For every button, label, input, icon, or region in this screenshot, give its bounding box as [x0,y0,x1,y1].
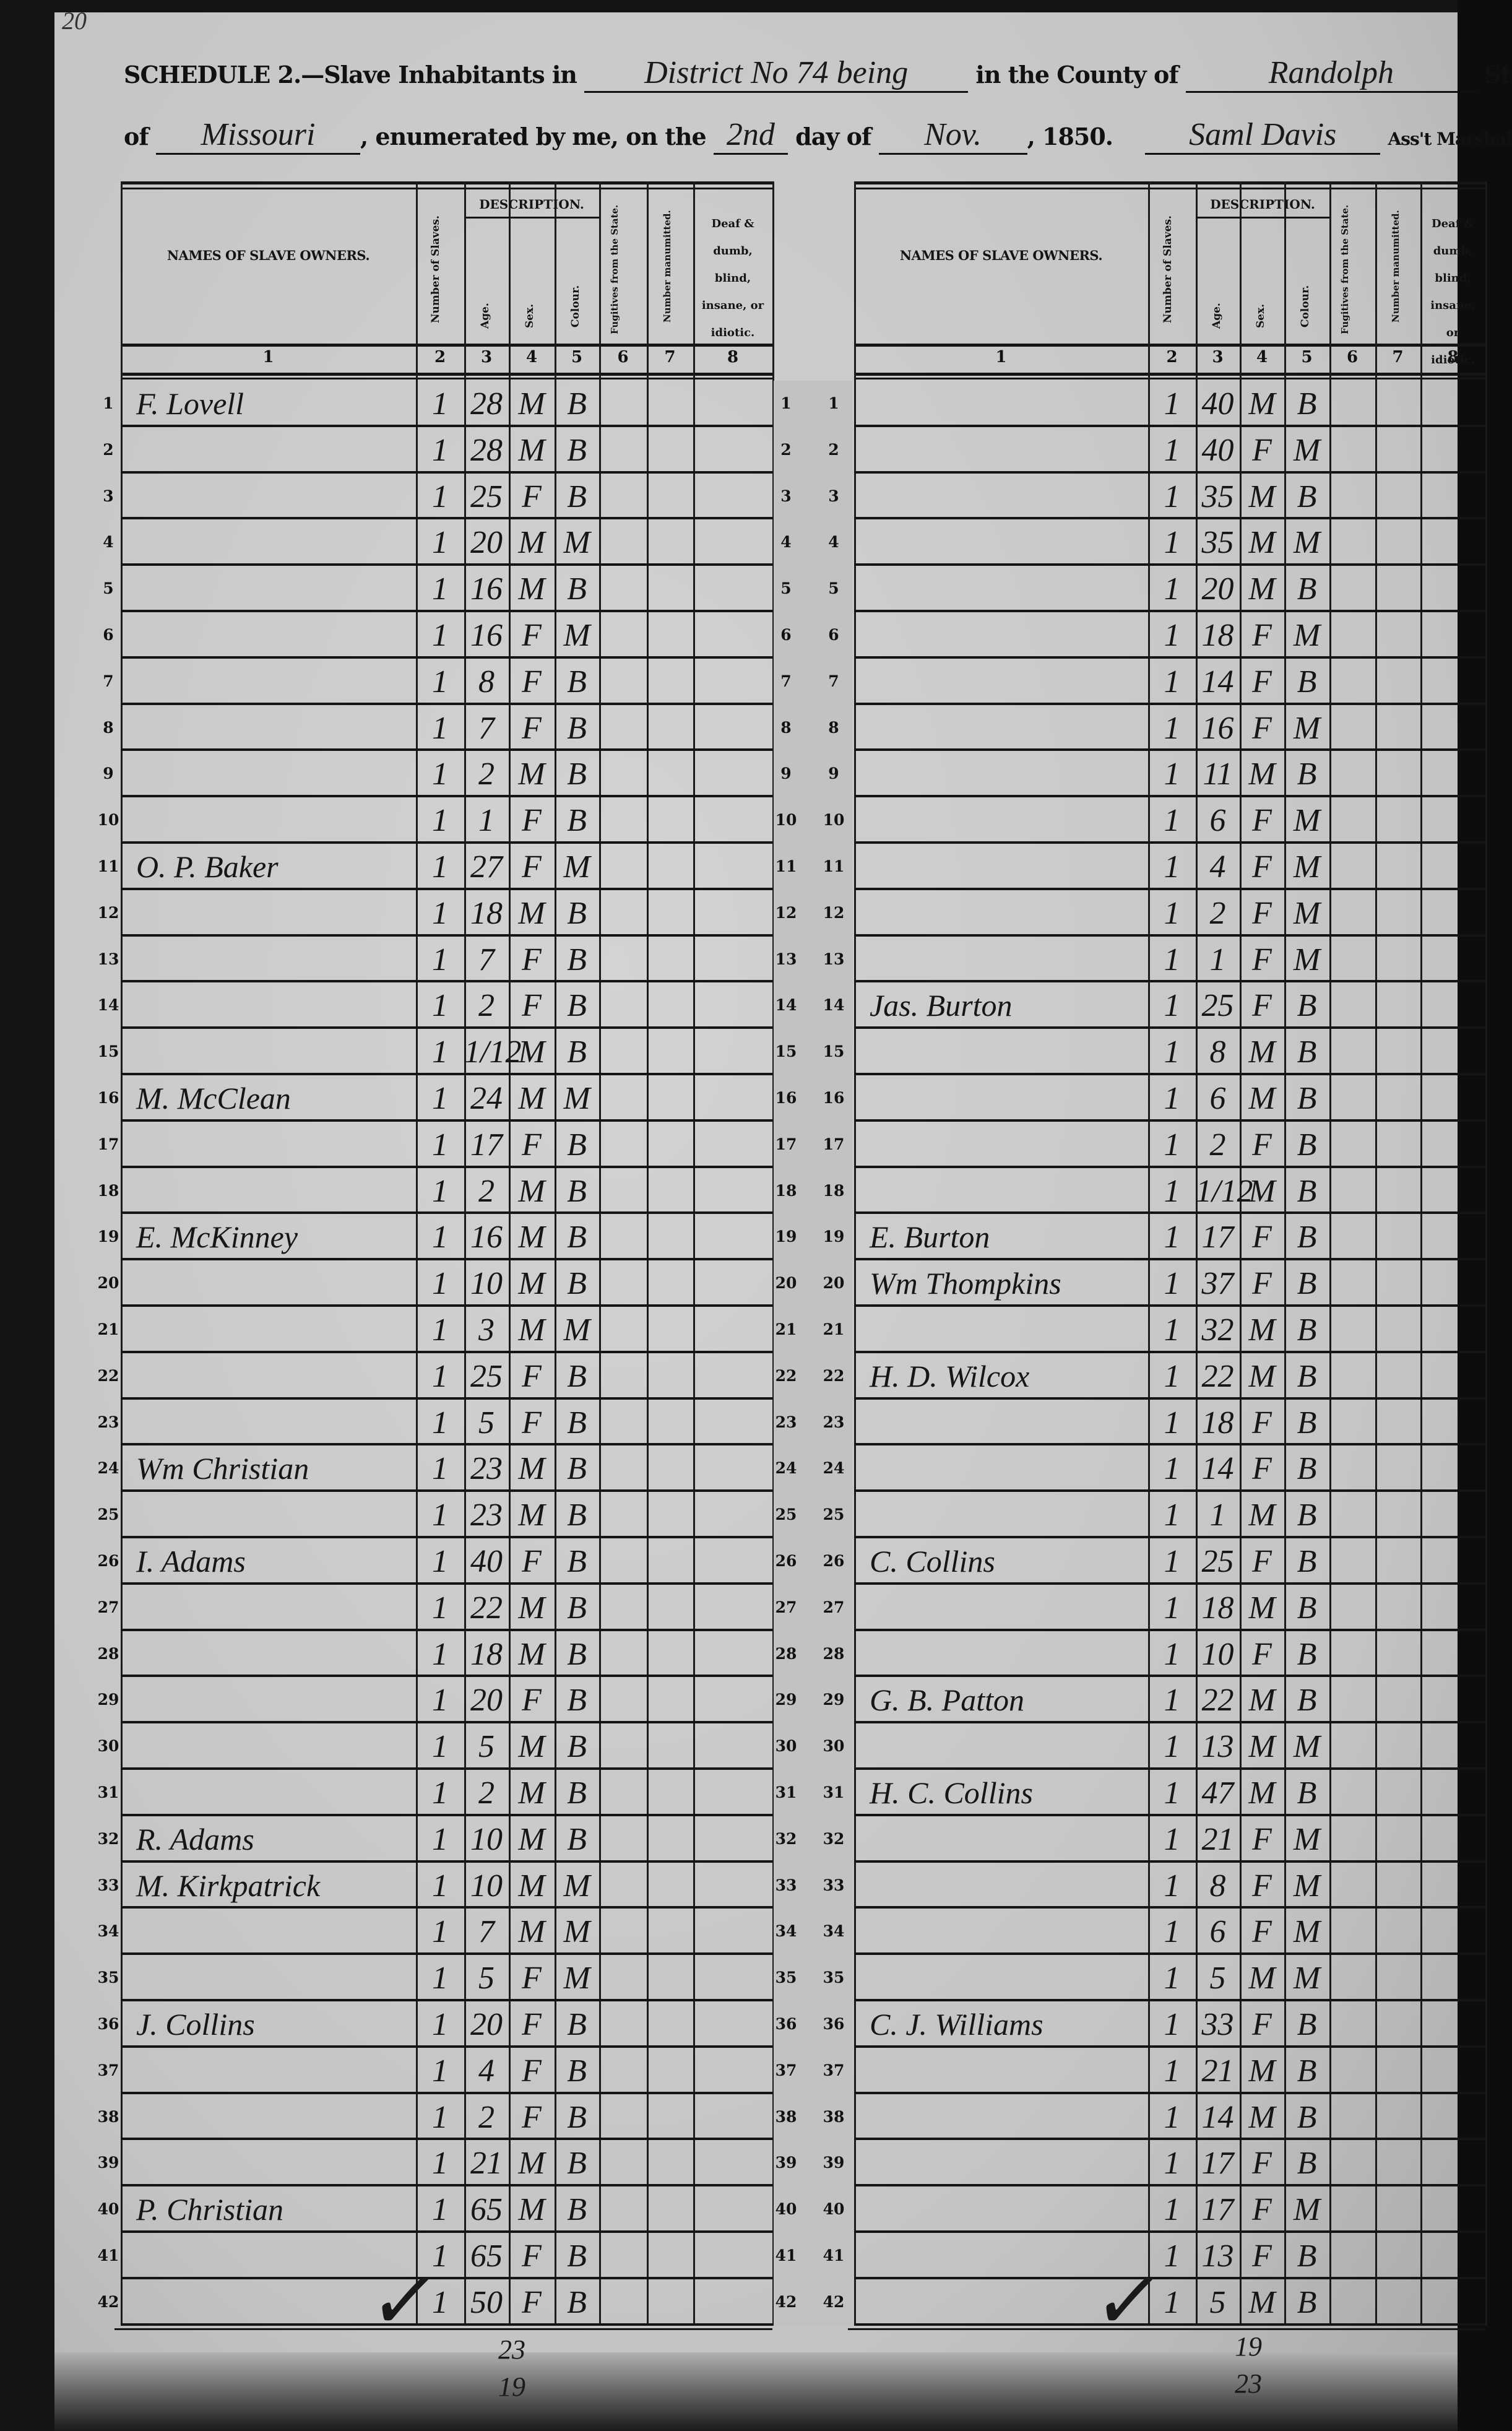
scan-shadow [54,2352,1512,2431]
row-number: 21 [771,1320,801,1338]
column-divider [693,181,695,2326]
sex-cell: F [509,1405,555,1441]
row-rule [121,1258,772,1260]
sex-cell: M [1240,2284,1284,2321]
sex-cell: M [509,895,555,932]
row-number: 40 [818,2200,849,2218]
row-rule [854,1351,1485,1353]
rule-top [121,181,772,184]
colour-cell: B [555,1682,599,1718]
header-age: Age. [1211,291,1223,340]
tally-left-bottom: 19 [498,2371,525,2403]
colour-cell: B [555,1775,599,1811]
number-of-slaves-cell: 1 [1148,1543,1196,1580]
age-cell: 40 [1196,386,1240,422]
number-of-slaves-cell: 1 [416,2099,464,2136]
row-rule [121,1906,772,1909]
age-cell: 22 [1196,1358,1240,1395]
row-number: 17 [818,1135,849,1153]
row-rule [854,1211,1485,1214]
colour-cell: B [555,987,599,1024]
number-of-slaves-cell: 1 [1148,1405,1196,1441]
sex-cell: M [509,1450,555,1487]
row-number: 11 [771,857,801,875]
number-of-slaves-cell: 1 [416,849,464,885]
colour-cell: M [1284,617,1329,654]
colour-cell: M [555,524,599,561]
row-rule [121,1999,772,2001]
row-number: 22 [818,1367,849,1385]
sex-cell: F [1240,1265,1284,1302]
number-of-slaves-cell: 1 [1148,479,1196,515]
age-cell: 40 [1196,432,1240,469]
row-number: 8 [771,719,801,737]
row-number: 39 [93,2154,124,2172]
row-number: 2 [93,441,124,459]
column-number: 8 [693,348,772,366]
row-rule [121,1166,772,1168]
number-of-slaves-cell: 1 [416,1358,464,1395]
header-names-of-slave-owners: NAMES OF SLAVE OWNERS. [121,248,416,263]
row-rule [121,1304,772,1307]
sex-cell: F [1240,2006,1284,2043]
sex-cell: F [1240,617,1284,654]
row-rule [854,1675,1485,1677]
owner-name-cell: F. Lovell [136,386,413,422]
sex-cell: F [1240,1913,1284,1950]
number-of-slaves-cell: 1 [1148,895,1196,932]
sex-cell: M [1240,1775,1284,1811]
row-rule [854,471,1485,474]
tally-left-top: 23 [498,2334,525,2365]
row-number: 36 [818,2015,849,2033]
age-cell: 25 [464,1358,509,1395]
row-rule [854,2184,1485,2186]
number-of-slaves-cell: 1 [416,1219,464,1255]
colour-cell: M [555,849,599,885]
colour-cell: B [555,2191,599,2228]
row-number: 36 [771,2015,801,2033]
number-of-slaves-cell: 1 [1148,1312,1196,1348]
row-number: 28 [771,1645,801,1663]
age-cell: 5 [464,1960,509,1996]
row-number: 28 [93,1645,124,1663]
number-of-slaves-cell: 1 [416,664,464,700]
number-of-slaves-cell: 1 [416,1913,464,1950]
sex-cell: F [1240,849,1284,885]
sex-cell: M [509,1775,555,1811]
row-rule [854,2092,1485,2094]
age-cell: 22 [464,1590,509,1626]
sex-cell: F [509,802,555,839]
row-number: 4 [93,533,124,551]
sex-cell: F [1240,895,1284,932]
column-number: 7 [1375,348,1420,366]
colour-cell: B [555,1265,599,1302]
row-number: 7 [771,672,801,690]
age-cell: 18 [1196,1405,1240,1441]
row-rule [121,2092,772,2094]
row-number: 33 [818,1876,849,1894]
row-rule [854,1073,1485,1075]
row-number: 38 [818,2108,849,2126]
column-number: 6 [599,348,647,366]
row-number: 25 [93,1506,124,1523]
owner-name-cell: G. B. Patton [870,1682,1145,1718]
colour-cell: B [555,1728,599,1765]
row-number: 27 [818,1598,849,1616]
row-number: 34 [818,1922,849,1940]
column-number: 3 [464,348,509,366]
colour-cell: B [1284,1636,1329,1673]
row-rule [854,1536,1485,1538]
row-number: 10 [93,811,124,829]
row-number: 35 [818,1969,849,1987]
row-number: 42 [771,2293,801,2311]
row-rule [854,610,1485,612]
rule-bottom [848,2328,1485,2330]
column-number: 2 [416,348,464,366]
schedule-label: SCHEDULE 2.—Slave Inhabitants in [124,61,577,89]
district-field: District No 74 being [584,54,968,93]
sex-cell: F [509,987,555,1024]
owner-name-cell: I. Adams [136,1543,413,1579]
age-cell: 25 [1196,987,1240,1024]
row-number: 41 [93,2247,124,2264]
row-number: 10 [771,811,801,829]
row-rule [854,980,1485,982]
age-cell: 2 [464,987,509,1024]
age-cell: 17 [1196,1219,1240,1255]
row-rule [121,1675,772,1677]
colour-cell: M [555,1960,599,1996]
row-number: 23 [93,1413,124,1431]
number-of-slaves-cell: 1 [1148,2191,1196,2228]
sex-cell: F [509,1543,555,1580]
sex-cell: M [509,571,555,607]
sex-cell: F [509,2006,555,2043]
row-number: 38 [93,2108,124,2126]
sex-cell: F [1240,1127,1284,1163]
number-of-slaves-cell: 1 [1148,571,1196,607]
row-number: 23 [771,1413,801,1431]
row-rule [121,2184,772,2186]
row-number: 20 [771,1274,801,1292]
age-cell: 4 [464,2053,509,2089]
age-cell: 18 [464,895,509,932]
number-of-slaves-cell: 1 [416,1636,464,1673]
row-number: 40 [771,2200,801,2218]
column-number: 4 [1240,348,1284,366]
row-number: 21 [93,1320,124,1338]
sex-cell: M [509,524,555,561]
row-number: 13 [818,950,849,968]
row-number: 39 [771,2154,801,2172]
colour-cell: B [555,2099,599,2136]
colour-cell: B [1284,1265,1329,1302]
row-rule [121,1073,772,1075]
row-rule [854,888,1485,890]
row-rule [121,1443,772,1445]
colour-cell: M [1284,895,1329,932]
number-of-slaves-cell: 1 [416,895,464,932]
sex-cell: M [509,1219,555,1255]
colour-cell: B [1284,664,1329,700]
header-colour: Colour. [1299,272,1311,340]
sex-cell: F [1240,2238,1284,2274]
colour-cell: M [1284,1913,1329,1950]
column-number: 5 [1284,348,1329,366]
row-number: 15 [818,1042,849,1060]
row-number: 24 [771,1459,801,1477]
column-number: 1 [121,348,416,366]
column-number: 3 [1196,348,1240,366]
header-number-of-slaves: Number of Slaves. [430,198,442,340]
row-rule [121,1721,772,1723]
header-fugitives: Fugitives from the State. [609,198,640,340]
colour-cell: B [1284,1405,1329,1441]
number-of-slaves-cell: 1 [1148,1821,1196,1858]
owner-name-cell: R. Adams [136,1821,413,1857]
age-cell: 10 [464,1265,509,1302]
number-of-slaves-cell: 1 [1148,1636,1196,1673]
age-cell: 50 [464,2284,509,2321]
row-rule [854,425,1485,427]
colour-cell: B [555,1450,599,1487]
row-rule [854,2138,1485,2140]
row-number: 3 [771,487,801,505]
row-rule [121,795,772,797]
sex-cell: M [509,1312,555,1348]
column-number: 7 [647,348,693,366]
title-line-2: of Missouri, enumerated by me, on the 2n… [124,116,1512,155]
colour-cell: B [555,2053,599,2089]
marshal-title: Ass't Marshal. [1388,129,1512,149]
sex-cell: F [509,664,555,700]
row-number: 16 [93,1089,124,1107]
row-number: 24 [818,1459,849,1477]
sex-cell: M [509,432,555,469]
age-cell: 17 [1196,2145,1240,2182]
number-of-slaves-cell: 1 [416,1080,464,1117]
tally-right-top: 19 [1235,2331,1262,2362]
row-rule [854,1119,1485,1122]
colour-cell: B [555,1497,599,1533]
row-number: 18 [771,1182,801,1200]
age-cell: 10 [464,1868,509,1904]
colour-cell: B [555,756,599,792]
row-rule [121,1211,772,1214]
county-label: in the County of [975,61,1178,89]
number-of-slaves-cell: 1 [1148,2006,1196,2043]
age-cell: 3 [464,1312,509,1348]
row-number: 33 [93,1876,124,1894]
sex-cell: M [1240,386,1284,422]
column-divider [1420,181,1422,2326]
age-cell: 28 [464,386,509,422]
row-number: 37 [771,2061,801,2079]
row-rule [854,1166,1485,1168]
row-rule [854,1026,1485,1029]
row-rule [854,1860,1485,1863]
sex-cell: F [1240,802,1284,839]
header-description: DESCRIPTION. [464,197,599,212]
age-cell: 16 [464,617,509,654]
row-number: 1 [93,394,124,412]
colour-cell: M [555,1868,599,1904]
colour-cell: B [555,2006,599,2043]
colour-cell: B [555,479,599,515]
number-of-slaves-cell: 1 [1148,664,1196,700]
number-of-slaves-cell: 1 [416,2053,464,2089]
number-of-slaves-cell: 1 [416,432,464,469]
colour-cell: B [1284,2053,1329,2089]
row-rule [854,2230,1485,2233]
age-cell: 18 [1196,1590,1240,1626]
row-number: 20 [93,1274,124,1292]
age-cell: 47 [1196,1775,1240,1811]
colour-cell: M [1284,1821,1329,1858]
row-rule [121,2230,772,2233]
number-of-slaves-cell: 1 [1148,386,1196,422]
row-rule [854,2323,1485,2326]
column-number: 5 [555,348,599,366]
row-number: 13 [771,950,801,968]
colour-cell: B [555,1590,599,1626]
age-cell: 25 [1196,1543,1240,1580]
column-divider [854,181,856,2326]
sex-cell: M [509,756,555,792]
row-number: 15 [771,1042,801,1060]
number-of-slaves-cell: 1 [1148,710,1196,747]
row-number: 19 [93,1228,124,1246]
age-cell: 20 [464,1682,509,1718]
row-rule [121,1629,772,1631]
row-rule [121,1860,772,1863]
age-cell: 13 [1196,1728,1240,1765]
age-cell: 24 [464,1080,509,1117]
number-of-slaves-cell: 1 [416,1775,464,1811]
number-of-slaves-cell: 1 [416,2191,464,2228]
row-rule [854,1721,1485,1723]
sex-cell: M [1240,756,1284,792]
colour-cell: B [555,1034,599,1070]
age-cell: 22 [1196,1682,1240,1718]
colour-cell: B [555,710,599,747]
row-number: 26 [818,1552,849,1570]
row-number: 1 [818,394,849,412]
number-of-slaves-cell: 1 [416,1405,464,1441]
age-cell: 17 [464,1127,509,1163]
row-rule [854,517,1485,519]
number-of-slaves-cell: 1 [416,1127,464,1163]
row-number: 12 [93,904,124,922]
colour-cell: M [1284,942,1329,978]
sex-cell: F [509,1358,555,1395]
row-number: 42 [818,2293,849,2311]
number-of-slaves-cell: 1 [1148,1173,1196,1210]
colour-cell: M [1284,1728,1329,1765]
colour-cell: B [1284,2284,1329,2321]
row-number: 5 [93,579,124,597]
number-of-slaves-cell: 1 [416,942,464,978]
colour-cell: B [555,1173,599,1210]
row-rule [121,1582,772,1585]
row-rule [854,1582,1485,1585]
row-number: 11 [818,857,849,875]
number-of-slaves-cell: 1 [1148,1728,1196,1765]
row-number: 1 [771,394,801,412]
age-cell: 7 [464,942,509,978]
row-number: 7 [818,672,849,690]
row-number: 16 [771,1089,801,1107]
day-of-label: day of [795,123,871,150]
row-number: 34 [93,1922,124,1940]
row-rule [121,980,772,982]
owner-name-cell: Wm Thompkins [870,1265,1145,1301]
colour-cell: B [1284,2006,1329,2043]
row-number: 2 [818,441,849,459]
sex-cell: F [1240,710,1284,747]
colour-cell: B [555,1127,599,1163]
age-cell: 20 [464,2006,509,2043]
row-number: 20 [818,1274,849,1292]
row-rule [121,2138,772,2140]
column-number: 6 [1329,348,1375,366]
age-cell: 1/12 [464,1034,509,1070]
row-number: 4 [771,533,801,551]
sex-cell: F [1240,432,1284,469]
colour-cell: B [1284,479,1329,515]
row-number: 9 [93,765,124,782]
row-rule [121,888,772,890]
row-rule [121,425,772,427]
row-number: 12 [771,904,801,922]
row-number: 31 [93,1783,124,1801]
of-label: of [124,123,149,150]
row-rule [121,841,772,844]
age-cell: 21 [1196,2053,1240,2089]
rule-top [854,188,1485,189]
sex-cell: M [1240,1682,1284,1718]
header-fugitives: Fugitives from the State. [1339,198,1370,340]
age-cell: 23 [464,1450,509,1487]
age-cell: 25 [464,479,509,515]
colour-cell: B [1284,1358,1329,1395]
age-cell: 2 [464,2099,509,2136]
row-rule [854,1304,1485,1307]
number-of-slaves-cell: 1 [1148,1913,1196,1950]
number-of-slaves-cell: 1 [1148,756,1196,792]
number-of-slaves-cell: 1 [1148,987,1196,1024]
number-of-slaves-cell: 1 [416,524,464,561]
row-number: 9 [818,765,849,782]
row-rule [121,2045,772,2048]
sex-cell: F [1240,2191,1284,2228]
colour-cell: M [555,1080,599,1117]
colour-cell: M [1284,849,1329,885]
row-number: 10 [818,811,849,829]
row-rule [854,2277,1485,2279]
sex-cell: F [509,1682,555,1718]
number-of-slaves-cell: 1 [1148,1358,1196,1395]
sex-cell: M [1240,1590,1284,1626]
row-rule [121,517,772,519]
state-field: Missouri [156,116,360,155]
colour-cell: B [555,1636,599,1673]
row-number: 12 [818,904,849,922]
row-number: 6 [818,626,849,644]
